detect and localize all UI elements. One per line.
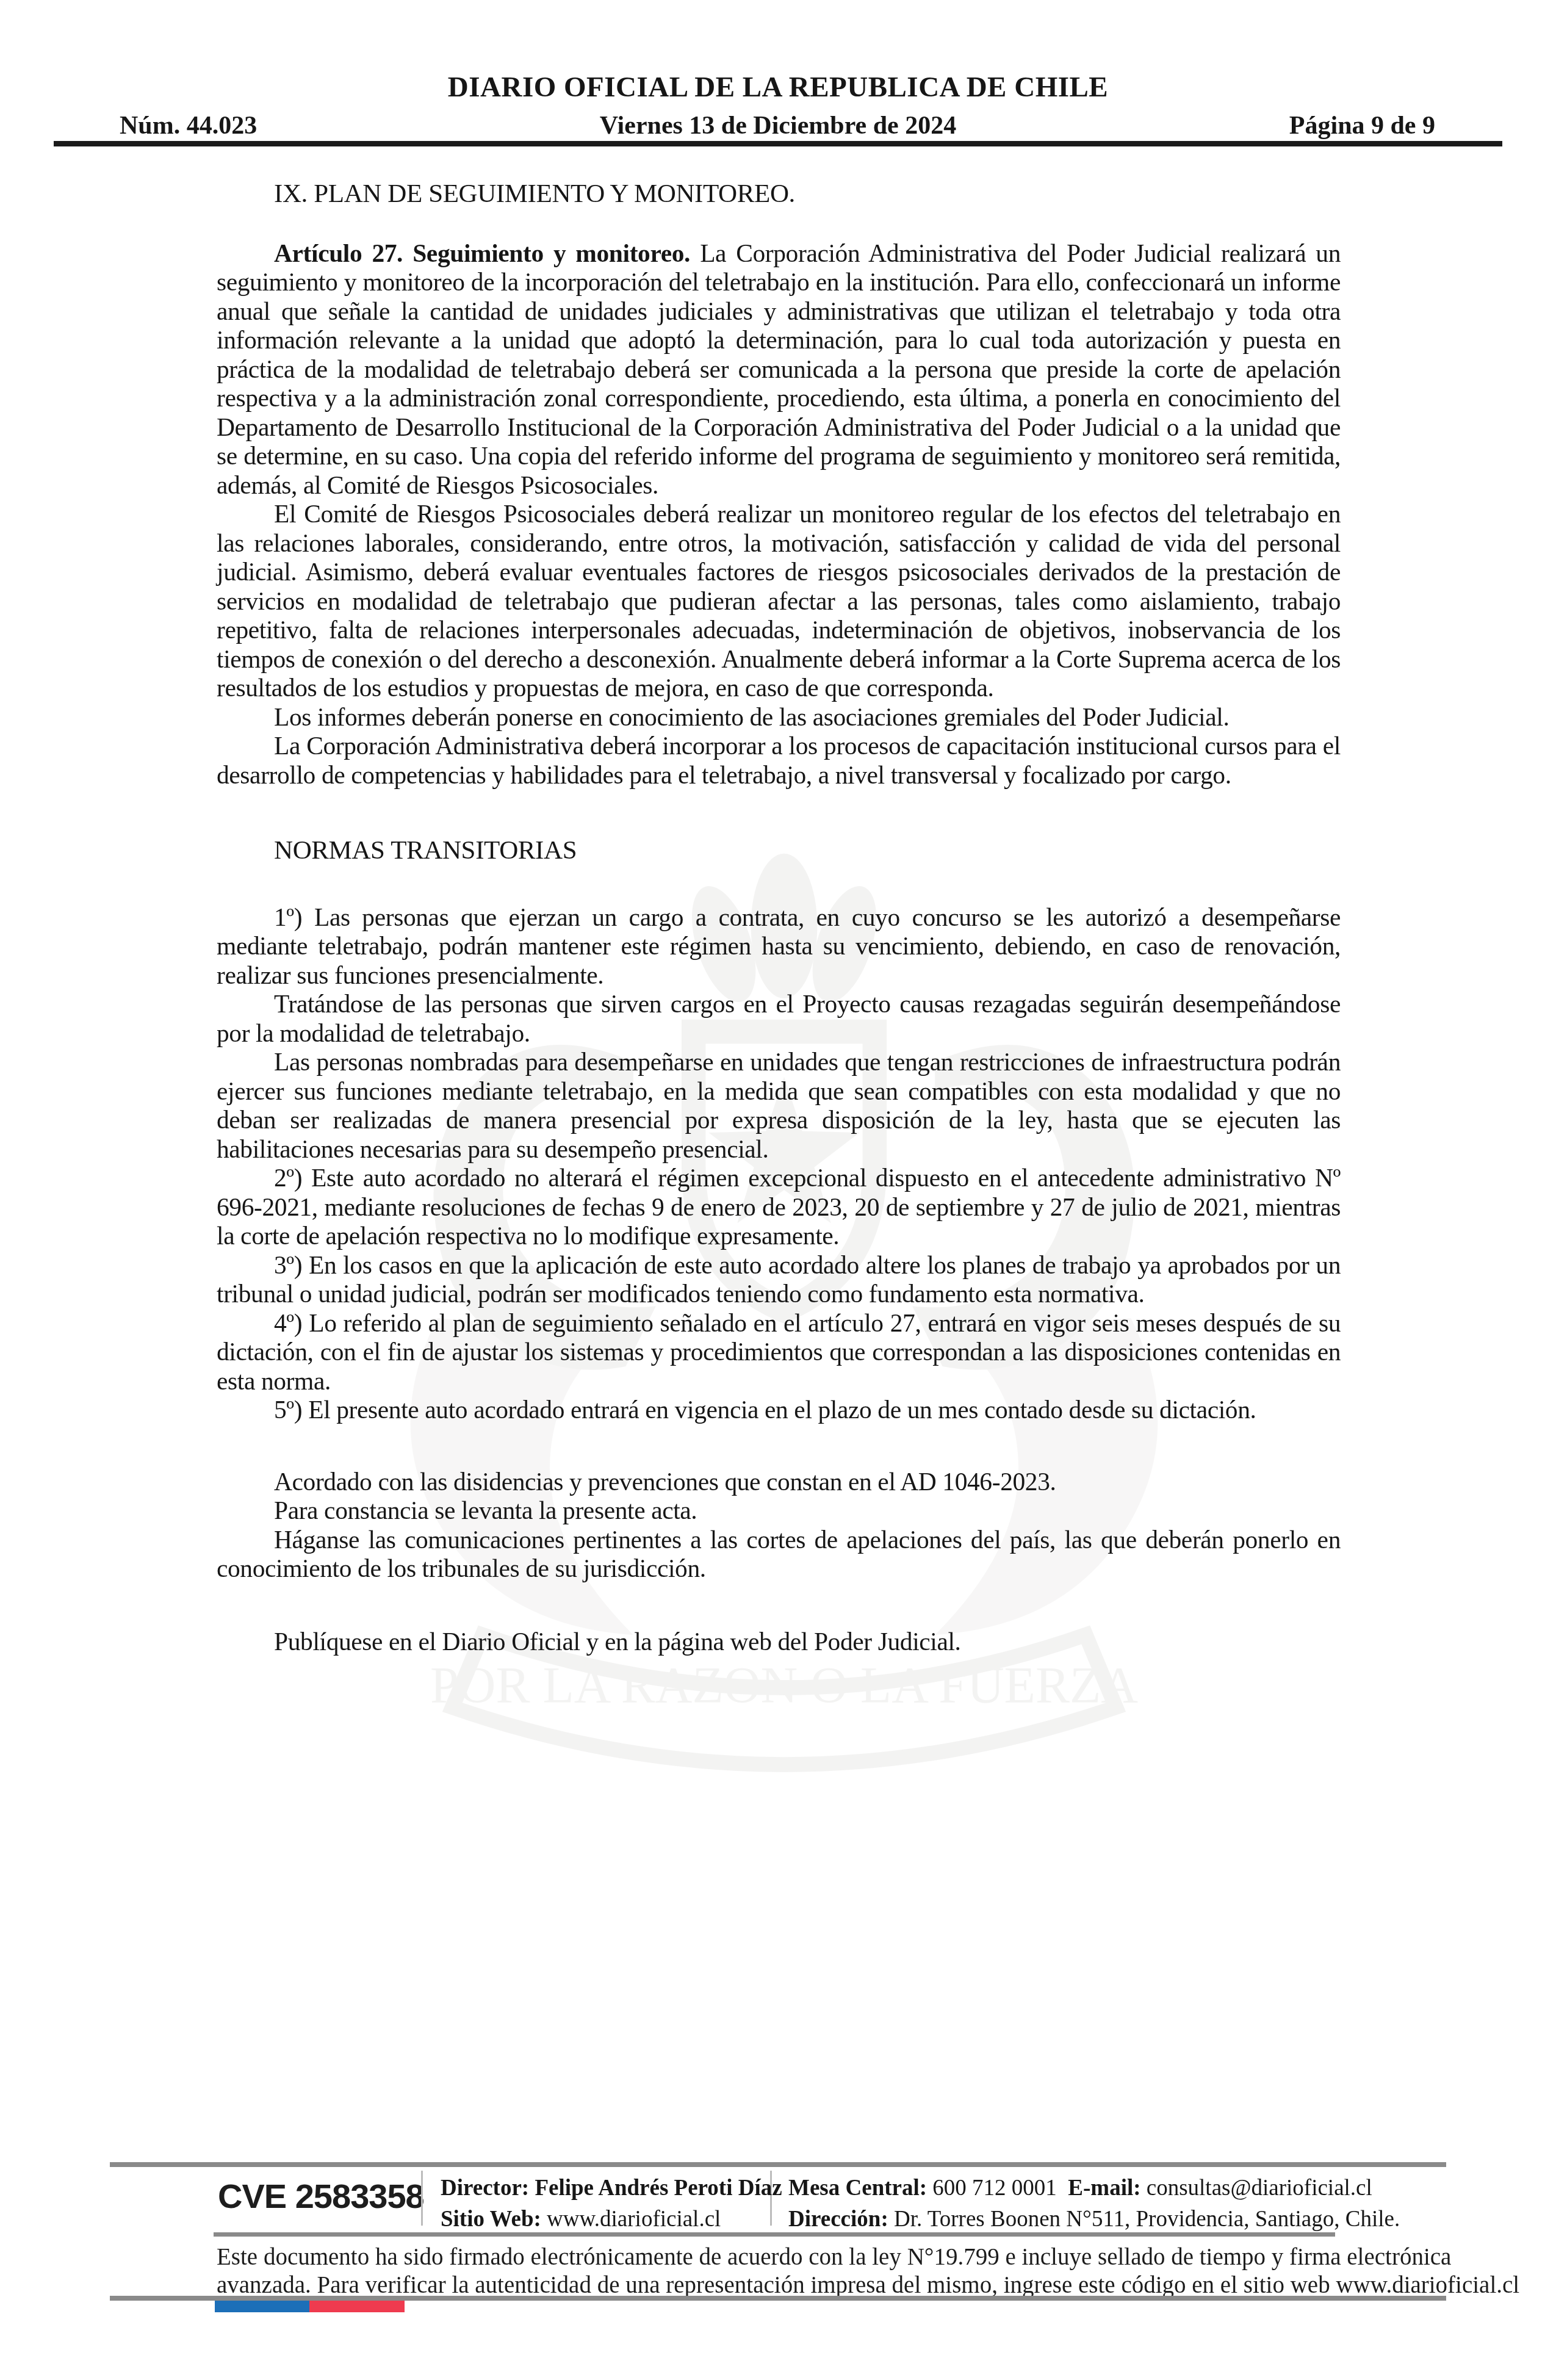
paragraph-transitoria-3: 3º) En los casos en que la aplicación de… xyxy=(217,1251,1341,1309)
signature-disclaimer: Este documento ha sido firmado electróni… xyxy=(217,2243,1345,2299)
flag-red-block xyxy=(309,2301,405,2312)
flag-blue-block xyxy=(215,2301,309,2312)
header-rule xyxy=(54,141,1502,146)
paragraph-transitoria-4: 4º) Lo referido al plan de seguimiento s… xyxy=(217,1309,1341,1396)
address-label: Dirección: xyxy=(788,2207,888,2232)
phone-label: Mesa Central: xyxy=(788,2176,927,2201)
paragraph-articulo-27: Artículo 27. Seguimiento y monitoreo. La… xyxy=(217,239,1341,500)
paragraph-transitoria-1: 1º) Las personas que ejerzan un cargo a … xyxy=(217,903,1341,990)
paragraph-publiquese: Publíquese en el Diario Oficial y en la … xyxy=(217,1628,1341,1657)
paragraph: Háganse las comunicaciones pertinentes a… xyxy=(217,1526,1341,1584)
paragraph: La Corporación Administrativa deberá inc… xyxy=(217,732,1341,790)
paragraph: Los informes deberán ponerse en conocimi… xyxy=(217,703,1341,732)
paragraph-transitoria-2: 2º) Este auto acordado no alterará el ré… xyxy=(217,1164,1341,1251)
email-label: E-mail: xyxy=(1068,2176,1140,2201)
newspaper-title: DIARIO OFICIAL DE LA REPUBLICA DE CHILE xyxy=(0,71,1556,104)
paragraph: El Comité de Riesgos Psicosociales deber… xyxy=(217,500,1341,703)
address-value: Dr. Torres Boonen N°511, Providencia, Sa… xyxy=(894,2207,1400,2232)
phone-email-line: Mesa Central: 600 712 0001 E-mail: consu… xyxy=(788,2173,1400,2204)
website-url: www.diarioficial.cl xyxy=(547,2207,721,2232)
footer-rule-middle xyxy=(214,2232,1335,2237)
document-body: IX. PLAN DE SEGUIMIENTO Y MONITOREO. Art… xyxy=(217,179,1341,1656)
director-label: Director: xyxy=(441,2176,529,2201)
footer-divider xyxy=(421,2171,423,2226)
paragraph: Tratándose de las personas que sirven ca… xyxy=(217,990,1341,1048)
footer-rule-top xyxy=(110,2162,1446,2167)
chile-flag-mark xyxy=(215,2301,405,2312)
page-indicator: Página 9 de 9 xyxy=(1289,111,1435,140)
disclaimer-line: Este documento ha sido firmado electróni… xyxy=(217,2243,1345,2271)
gazette-page: DIARIO OFICIAL DE LA REPUBLICA DE CHILE … xyxy=(0,0,1556,2380)
watermark-motto: POR LA RAZON O LA FUERZA xyxy=(430,1657,1138,1714)
phone-number: 600 712 0001 xyxy=(932,2176,1057,2201)
paragraph: Las personas nombradas para desempeñarse… xyxy=(217,1048,1341,1164)
address-line: Dirección: Dr. Torres Boonen N°511, Prov… xyxy=(788,2204,1400,2235)
paragraph-transitoria-5: 5º) El presente auto acordado entrará en… xyxy=(217,1396,1341,1425)
transitional-rules-heading: NORMAS TRANSITORIAS xyxy=(217,836,1341,865)
director-name: Felipe Andrés Peroti Díaz xyxy=(535,2176,782,2201)
footer-contact-block: Mesa Central: 600 712 0001 E-mail: consu… xyxy=(788,2173,1400,2235)
footer-director-block: Director: Felipe Andrés Peroti Díaz Siti… xyxy=(441,2173,782,2235)
website-label: Sitio Web: xyxy=(441,2207,541,2232)
section-heading: IX. PLAN DE SEGUIMIENTO Y MONITOREO. xyxy=(217,179,1341,209)
footer-rule-bottom xyxy=(110,2296,1446,2301)
email-address: consultas@diarioficial.cl xyxy=(1147,2176,1372,2201)
paragraph: Para constancia se levanta la presente a… xyxy=(217,1496,1341,1526)
article-lead: Artículo 27. Seguimiento y monitoreo. xyxy=(274,239,690,267)
article-text: La Corporación Administrativa del Poder … xyxy=(217,239,1341,499)
director-line: Director: Felipe Andrés Peroti Díaz xyxy=(441,2173,782,2204)
cve-code: CVE 2583358 xyxy=(218,2176,424,2216)
website-line: Sitio Web: www.diarioficial.cl xyxy=(441,2204,782,2235)
paragraph-acordado: Acordado con las disidencias y prevencio… xyxy=(217,1468,1341,1497)
